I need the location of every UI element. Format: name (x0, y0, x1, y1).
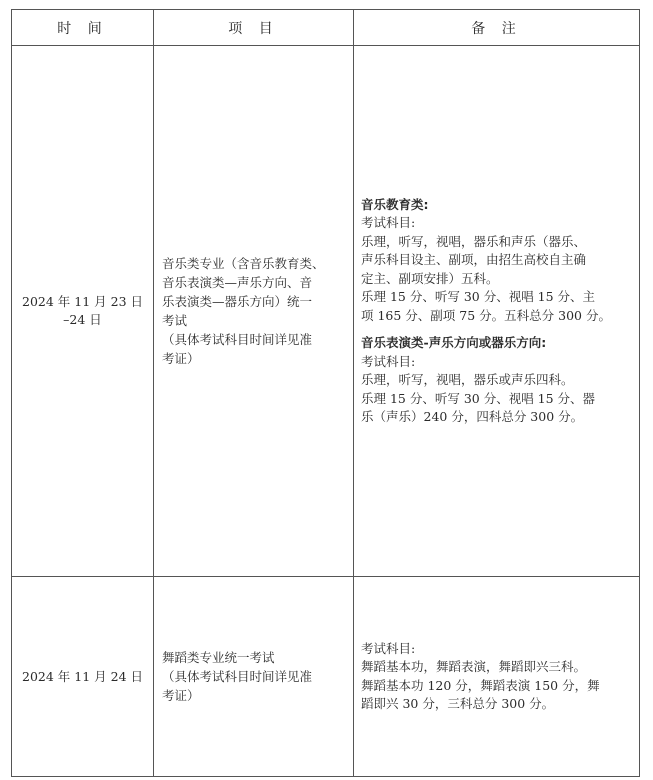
note-line: 项 165 分、副项 75 分。五科总分 300 分。 (361, 307, 611, 326)
row2-notes: 考试科目: 舞蹈基本功，舞蹈表演，舞蹈即兴三科。 舞蹈基本功 120 分，舞蹈表… (354, 577, 639, 776)
note-line: 乐理 15 分、听写 30 分、视唱 15 分、器 (361, 390, 611, 409)
date-line: –24 日 (22, 311, 143, 329)
note-line: 舞蹈基本功 120 分，舞蹈表演 150 分，舞 (361, 677, 600, 696)
note-line: 定主、副项安排）五科。 (361, 270, 611, 289)
note-line: 乐理，听写，视唱，器乐或声乐四科。 (361, 371, 611, 390)
section-title-music-performance: 音乐表演类-声乐方向或器乐方向: (361, 334, 611, 353)
note-line: 乐理 15 分、听写 30 分、视唱 15 分、主 (361, 288, 611, 307)
note-line: 考试科目: (361, 214, 611, 233)
note-line: 声乐科目设主、副项，由招生高校自主确 (361, 251, 611, 270)
exam-schedule-table: 时 间 项 目 备 注 2024 年 11 月 23 日 –24 日 音乐类专业… (11, 9, 640, 777)
header-time: 时 间 (12, 10, 153, 45)
note-line: 乐（声乐）240 分，四科总分 300 分。 (361, 408, 611, 427)
row1-project: 音乐类专业（含音乐教育类、 音乐表演类—声乐方向、音 乐表演类—器乐方向）统一 … (154, 46, 353, 576)
header-project: 项 目 (154, 10, 353, 45)
note-line: 乐理，听写，视唱，器乐和声乐（器乐、 (361, 233, 611, 252)
project-line: 考试 (162, 311, 325, 330)
project-line: 考证） (162, 686, 312, 705)
date-line: 2024 年 11 月 23 日 (22, 293, 143, 311)
note-line: 考试科目: (361, 353, 611, 372)
row1-date: 2024 年 11 月 23 日 –24 日 (12, 46, 153, 576)
header-notes: 备 注 (354, 10, 639, 45)
project-line: （具体考试科目时间详见准 (162, 330, 325, 349)
project-line: （具体考试科目时间详见准 (162, 667, 312, 686)
project-line: 音乐表演类—声乐方向、音 (162, 273, 325, 292)
row1-notes: 音乐教育类: 考试科目: 乐理，听写，视唱，器乐和声乐（器乐、 声乐科目设主、副… (354, 46, 639, 576)
section-title-music-education: 音乐教育类: (361, 196, 611, 215)
project-line: 考证） (162, 349, 325, 368)
note-line: 考试科目: (361, 640, 600, 659)
date-line: 2024 年 11 月 24 日 (22, 668, 143, 686)
project-line: 音乐类专业（含音乐教育类、 (162, 254, 325, 273)
note-line: 舞蹈基本功，舞蹈表演，舞蹈即兴三科。 (361, 658, 600, 677)
project-line: 舞蹈类专业统一考试 (162, 648, 312, 667)
project-line: 乐表演类—器乐方向）统一 (162, 292, 325, 311)
row2-date: 2024 年 11 月 24 日 (12, 577, 153, 776)
note-line: 蹈即兴 30 分，三科总分 300 分。 (361, 695, 600, 714)
row2-project: 舞蹈类专业统一考试 （具体考试科目时间详见准 考证） (154, 577, 353, 776)
